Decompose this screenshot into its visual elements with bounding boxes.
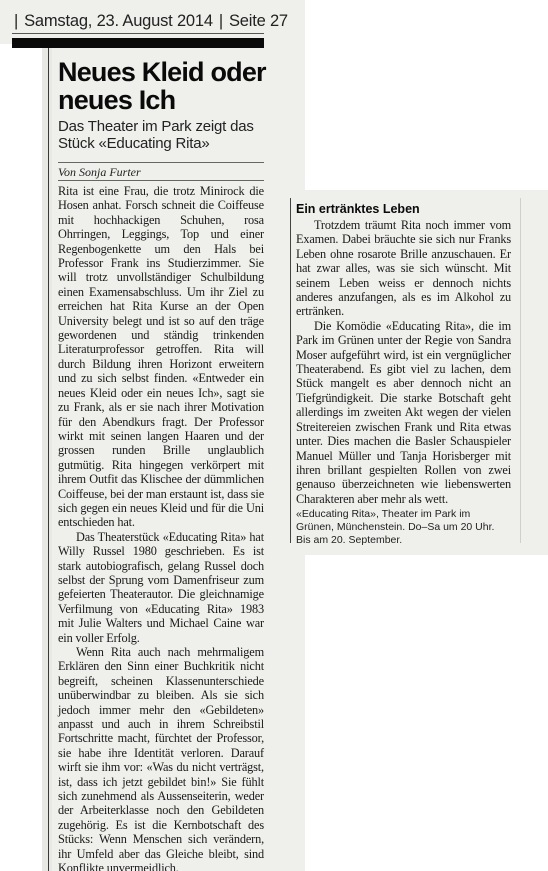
separator: | <box>14 12 18 30</box>
article-subheadline: Das Theater im Park zeigt das Stück «Edu… <box>58 118 268 152</box>
continuation-body: Trotzdem träumt Rita noch immer vom Exam… <box>296 218 511 506</box>
column-border <box>290 198 291 543</box>
paragraph: Das Theaterstück «Educating Rita» hat Wi… <box>58 530 264 645</box>
issue-date: Samstag, 23. August 2014 <box>24 12 213 30</box>
article-body: Rita ist eine Frau, die trotz Minirock d… <box>58 184 264 871</box>
newspaper-clipping-continuation: Ein ertränktes Leben Trotzdem träumt Rit… <box>280 190 548 555</box>
byline: Von Sonja Furter <box>58 165 264 180</box>
column-fold-line <box>520 198 521 543</box>
byline-rule <box>58 162 264 163</box>
header-rule-thin <box>12 33 264 34</box>
dateline: |Samstag, 23. August 2014|Seite 27 <box>14 12 264 31</box>
paragraph: Die Komödie «Educating Rita», die im Par… <box>296 319 511 506</box>
separator: | <box>219 12 223 30</box>
paragraph: Rita ist eine Frau, die trotz Minirock d… <box>58 184 264 530</box>
clipping-cut-edge <box>0 44 42 871</box>
byline-rule <box>58 180 264 181</box>
article-headline: Neues Kleid oder neues Ich <box>58 58 268 114</box>
paragraph: Trotzdem träumt Rita noch immer vom Exam… <box>296 218 511 319</box>
column-border <box>48 48 49 871</box>
event-info: «Educating Rita», Theater im Park im Grü… <box>296 508 511 547</box>
page-number: Seite 27 <box>229 12 288 30</box>
newspaper-clipping-main: |Samstag, 23. August 2014|Seite 27 Neues… <box>0 0 305 871</box>
section-subtitle: Ein ertränktes Leben <box>296 202 526 216</box>
header-rule-thick <box>12 38 264 48</box>
paragraph: Wenn Rita auch nach mehrmaligem Erklären… <box>58 645 264 871</box>
clipping-margin-strip <box>42 44 52 871</box>
